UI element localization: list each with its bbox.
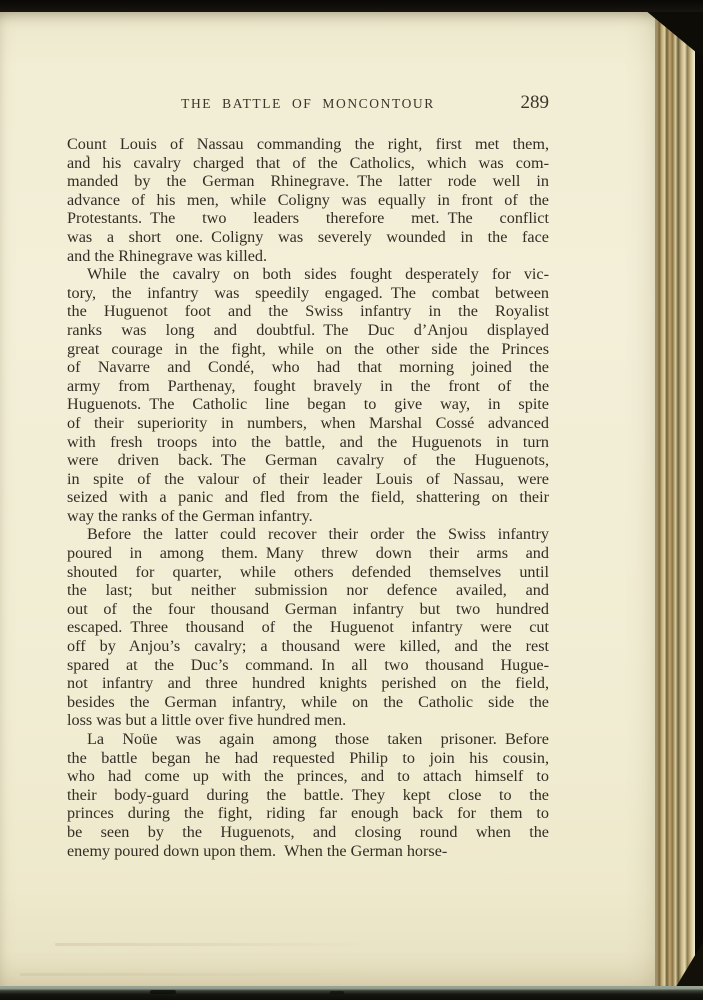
text-line: and the Rhinegrave was killed. — [67, 247, 549, 266]
text-line: loss was but a little over five hundred … — [67, 711, 549, 730]
text-line: army from Parthenay, fought bravely in t… — [67, 377, 549, 396]
text-line: shouted for quarter, while others defend… — [67, 563, 549, 582]
text-line: the Huguenot foot and the Swiss infantry… — [67, 302, 549, 321]
text-line: the last; but neither submission nor def… — [67, 581, 549, 600]
text-line: Before the latter could recover their or… — [67, 525, 549, 544]
text-line: poured in among them. Many threw down th… — [67, 544, 549, 563]
text-line: besides the German infantry, while on th… — [67, 693, 549, 712]
paragraph: Count Louis of Nassau commanding the rig… — [67, 135, 549, 265]
paragraph: Before the latter could recover their or… — [67, 525, 549, 730]
text-line: way the ranks of the German infantry. — [67, 507, 549, 526]
text-line: escaped. Three thousand of the Huguenot … — [67, 618, 549, 637]
fore-edge-stripes — [655, 13, 697, 988]
text-line: Protestants. The two leaders therefore m… — [67, 209, 549, 228]
text-line: out of the four thousand German infantry… — [67, 600, 549, 619]
photo-background-right — [695, 0, 703, 1000]
text-line: advance of his men, while Coligny was eq… — [67, 191, 549, 210]
page-number: 289 — [521, 92, 550, 114]
text-line: seized with a panic and fled from the fi… — [67, 488, 549, 507]
shadow-speck — [330, 991, 344, 994]
chapter-title: THE BATTLE OF MONCONTOUR — [67, 96, 549, 112]
text-line: of their superiority in numbers, when Ma… — [67, 414, 549, 433]
paragraph: While the cavalry on both sides fought d… — [67, 265, 549, 525]
text-line: be seen by the Huguenots, and closing ro… — [67, 823, 549, 842]
text-line: princes during the fight, riding far eno… — [67, 804, 549, 823]
text-line: the battle began he had requested Philip… — [67, 749, 549, 768]
text-line: were driven back. The German cavalry of … — [67, 451, 549, 470]
text-line: manded by the German Rhinegrave. The lat… — [67, 172, 549, 191]
text-line: great courage in the fight, while on the… — [67, 340, 549, 359]
text-line: tory, the infantry was speedily engaged.… — [67, 284, 549, 303]
book-photo: THE BATTLE OF MONCONTOUR 289 Count Louis… — [0, 0, 703, 1000]
page-content: THE BATTLE OF MONCONTOUR 289 Count Louis… — [67, 11, 549, 860]
shadow-speck — [150, 990, 176, 994]
text-line: who had come up with the princes, and to… — [67, 767, 549, 786]
text-line: ranks was long and doubtful. The Duc d’A… — [67, 321, 549, 340]
page-edge-shadow-line — [55, 943, 375, 946]
text-block: Count Louis of Nassau commanding the rig… — [67, 135, 549, 860]
text-line: of Navarre and Condé, who had that morni… — [67, 358, 549, 377]
text-line: with fresh troops into the battle, and t… — [67, 433, 549, 452]
text-line: Huguenots. The Catholic line began to gi… — [67, 395, 549, 414]
photo-background-top — [0, 0, 703, 12]
text-line: and his cavalry charged that of the Cath… — [67, 154, 549, 173]
text-line: off by Anjou’s cavalry; a thousand were … — [67, 637, 549, 656]
photo-background-bottom — [0, 986, 703, 1000]
text-line: in spite of the valour of their leader L… — [67, 470, 549, 489]
text-line: While the cavalry on both sides fought d… — [67, 265, 549, 284]
text-line: spared at the Duc’s command. In all two … — [67, 656, 549, 675]
book-page: THE BATTLE OF MONCONTOUR 289 Count Louis… — [0, 11, 660, 986]
text-line: La Noüe was again among those taken pris… — [67, 730, 549, 749]
text-line: was a short one. Coligny was severely wo… — [67, 228, 549, 247]
text-line: not infantry and three hundred knights p… — [67, 674, 549, 693]
text-line: their body-guard during the battle. They… — [67, 786, 549, 805]
paragraph: La Noüe was again among those taken pris… — [67, 730, 549, 860]
running-header: THE BATTLE OF MONCONTOUR 289 — [67, 96, 549, 116]
text-line: Count Louis of Nassau commanding the rig… — [67, 135, 549, 154]
text-line: enemy poured down upon them. When the Ge… — [67, 842, 549, 861]
